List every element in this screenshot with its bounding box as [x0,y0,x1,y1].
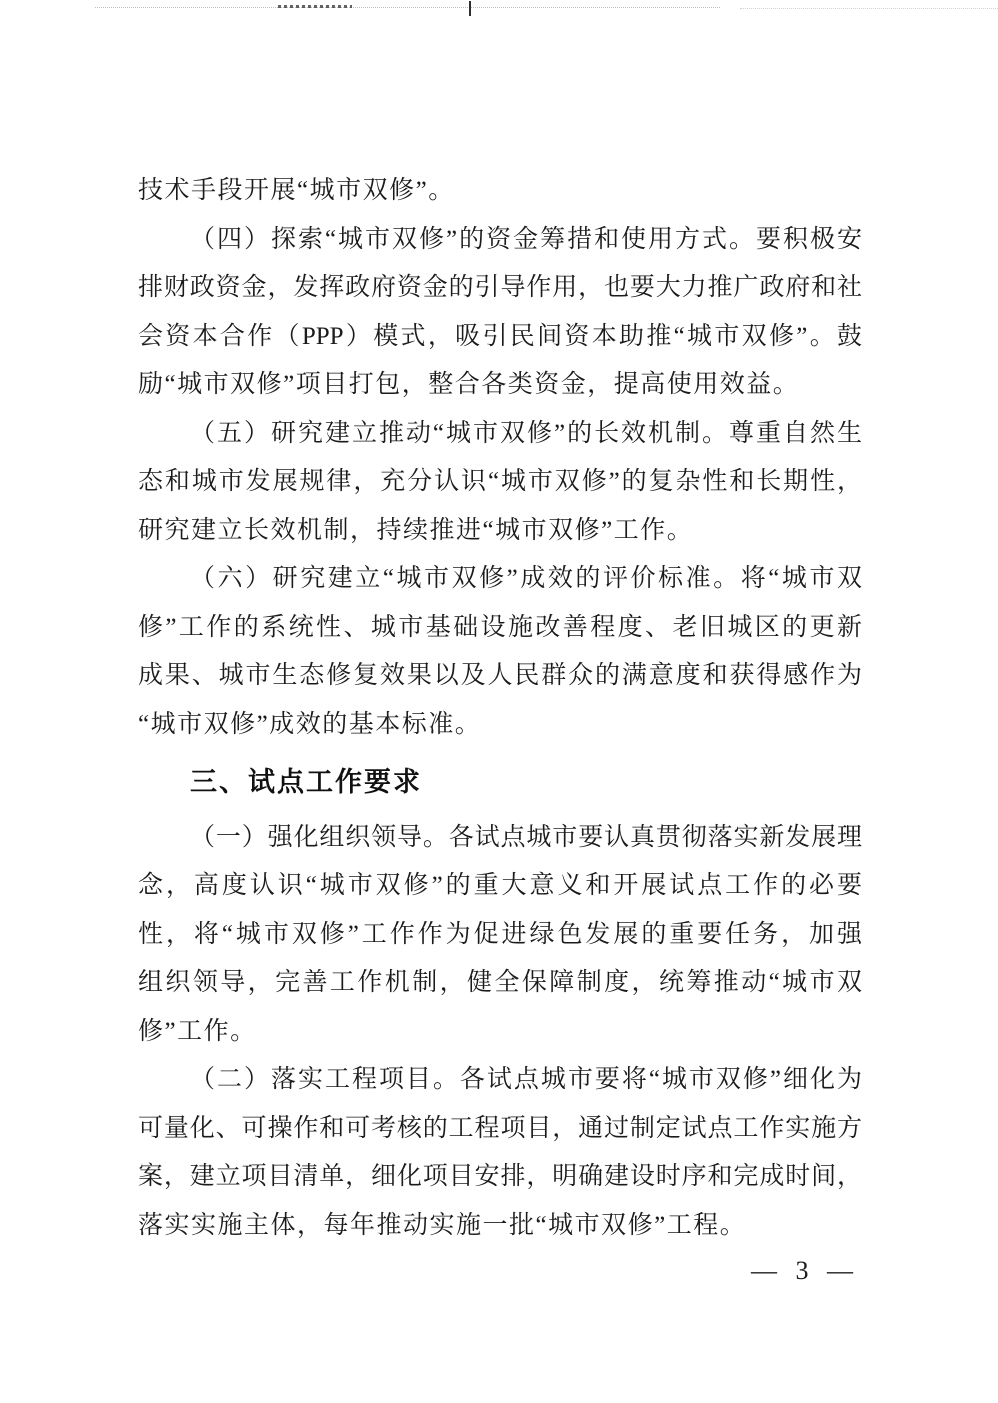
text-line: 性，将“城市双修”工作作为促进绿色发展的重要任务，加强 [138,911,862,960]
text-line: （四）探索“城市双修”的资金筹措和使用方式。要积极安 [138,216,862,265]
text-line: 励“城市双修”项目打包，整合各类资金，提高使用效益。 [138,361,862,410]
text-line: 研究建立长效机制，持续推进“城市双修”工作。 [138,507,862,556]
text-line: 技术手段开展“城市双修”。 [138,167,862,216]
text-line: 念，高度认识“城市双修”的重大意义和开展试点工作的必要 [138,862,862,911]
text-line: “城市双修”成效的基本标准。 [138,701,862,750]
text-line: （一）强化组织领导。各试点城市要认真贯彻落实新发展理 [138,814,862,863]
text-line: 成果、城市生态修复效果以及人民群众的满意度和获得感作为 [138,652,862,701]
text-line: 落实实施主体，每年推动实施一批“城市双修”工程。 [138,1202,862,1251]
text-line: （六）研究建立“城市双修”成效的评价标准。将“城市双 [138,555,862,604]
scan-artifact-vertical-tick [469,1,471,16]
text-line: （五）研究建立推动“城市双修”的长效机制。尊重自然生 [138,410,862,459]
text-line: 修”工作。 [138,1008,862,1057]
text-line: 组织领导，完善工作机制，健全保障制度，统筹推动“城市双 [138,959,862,1008]
section-heading: 三、试点工作要求 [138,758,862,807]
text-line: 排财政资金，发挥政府资金的引导作用，也要大力推广政府和社 [138,264,862,313]
text-line: 案，建立项目清单，细化项目安排，明确建设时序和完成时间， [138,1153,862,1202]
document-page: 技术手段开展“城市双修”。 （四）探索“城市双修”的资金筹措和使用方式。要积极安… [0,0,998,1403]
page-number: — 3 — [730,1256,880,1286]
text-line: 态和城市发展规律，充分认识“城市双修”的复杂性和长期性， [138,458,862,507]
scan-artifact-dotted-line [95,7,720,8]
scan-artifact-specks [740,8,998,9]
scan-artifact-dark-dashes [278,5,352,8]
text-line: 会资本合作（PPP）模式，吸引民间资本助推“城市双修”。鼓 [138,313,862,362]
text-line: 修”工作的系统性、城市基础设施改善程度、老旧城区的更新 [138,604,862,653]
document-text-block: 技术手段开展“城市双修”。 （四）探索“城市双修”的资金筹措和使用方式。要积极安… [138,167,862,1250]
text-line: （二）落实工程项目。各试点城市要将“城市双修”细化为 [138,1056,862,1105]
text-line: 可量化、可操作和可考核的工程项目，通过制定试点工作实施方 [138,1105,862,1154]
